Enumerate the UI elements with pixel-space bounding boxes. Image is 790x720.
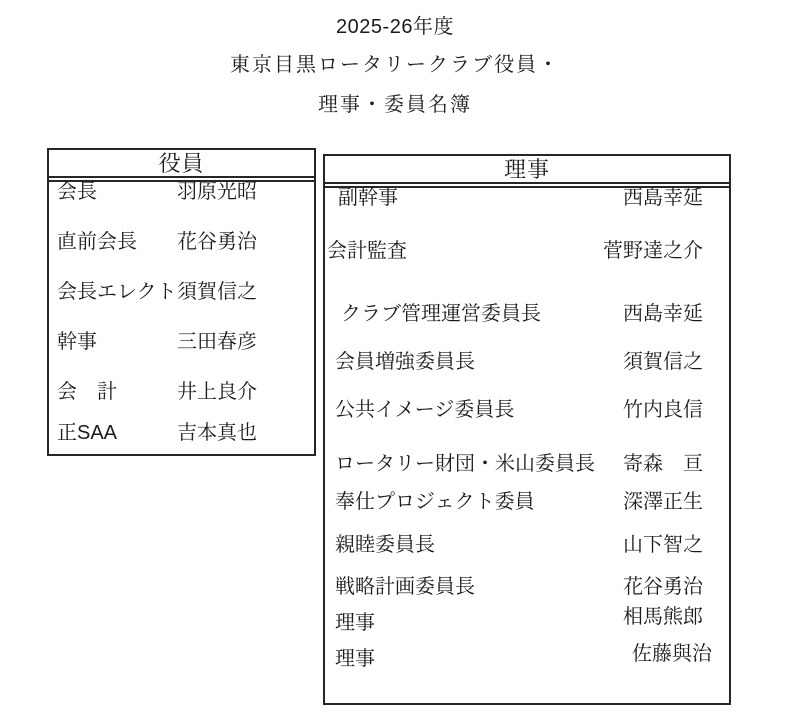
officer-row: 直前会長 花谷勇治	[49, 229, 314, 255]
role-label: 戦略計画委員長	[335, 574, 475, 600]
roster-document-page: 2025-26年度 東京目黒ロータリークラブ役員・ 理事・委員名簿 役員 会長 …	[0, 0, 790, 720]
member-name: 相馬熊郎	[623, 604, 703, 630]
officers-table: 役員 会長 羽原光昭 直前会長 花谷勇治 会長エレクト 須賀信之 幹事 三田春彦…	[47, 148, 316, 456]
member-name: 花谷勇治	[177, 229, 257, 255]
role-label: クラブ管理運営委員長	[341, 301, 541, 327]
directors-table-header: 理事	[325, 156, 729, 184]
role-label: 正SAA	[57, 420, 177, 446]
director-row: ロータリー財団・米山委員長 寄森 亘	[325, 451, 729, 477]
member-name: 須賀信之	[177, 279, 257, 305]
title-club-name: 東京目黒ロータリークラブ役員・	[0, 52, 790, 78]
director-row: 戦略計画委員長 花谷勇治	[325, 574, 729, 600]
role-label: 会長	[57, 179, 177, 205]
role-label: 会長エレクト	[57, 279, 177, 305]
role-label: 会 計	[57, 379, 177, 405]
role-label: 直前会長	[57, 229, 177, 255]
directors-table: 理事 副幹事 西島幸延 会計監査 菅野達之介 クラブ管理運営委員長 西島幸延 会…	[323, 154, 731, 705]
director-row: 親睦委員長 山下智之	[325, 532, 729, 558]
director-row: 理事 相馬熊郎	[325, 610, 729, 636]
role-label: 理事	[335, 610, 375, 636]
director-row: 公共イメージ委員長 竹内良信	[325, 397, 729, 423]
member-name: 竹内良信	[623, 397, 703, 423]
role-label: 幹事	[57, 329, 177, 355]
officers-table-body: 会長 羽原光昭 直前会長 花谷勇治 会長エレクト 須賀信之 幹事 三田春彦 会 …	[49, 180, 314, 446]
officer-row: 幹事 三田春彦	[49, 329, 314, 355]
title-roster-label: 理事・委員名簿	[0, 92, 790, 118]
officer-row: 会 計 井上良介	[49, 379, 314, 405]
member-name: 菅野達之介	[603, 238, 703, 264]
document-title-block: 2025-26年度 東京目黒ロータリークラブ役員・ 理事・委員名簿	[0, 0, 790, 118]
director-row: 会計監査 菅野達之介	[325, 238, 729, 264]
member-name: 吉本真也	[177, 420, 257, 446]
member-name: 山下智之	[623, 532, 703, 558]
member-name: 井上良介	[177, 379, 257, 405]
officer-row: 会長 羽原光昭	[49, 179, 314, 205]
officer-row: 正SAA 吉本真也	[49, 420, 314, 446]
title-fiscal-year: 2025-26年度	[0, 14, 790, 40]
member-name: 寄森 亘	[623, 451, 703, 477]
directors-table-body: 副幹事 西島幸延 会計監査 菅野達之介 クラブ管理運営委員長 西島幸延 会員増強…	[325, 186, 729, 672]
role-label: 親睦委員長	[335, 532, 435, 558]
member-name: 羽原光昭	[177, 179, 257, 205]
member-name: 三田春彦	[177, 329, 257, 355]
member-name: 深澤正生	[623, 489, 703, 515]
director-row: 会員増強委員長 須賀信之	[325, 349, 729, 375]
member-name: 西島幸延	[623, 185, 703, 211]
role-label: 公共イメージ委員長	[335, 397, 514, 423]
role-label: 副幹事	[338, 185, 398, 211]
director-row: 理事 佐藤與治	[325, 646, 729, 672]
role-label: 奉仕プロジェクト委員	[335, 489, 535, 515]
member-name: 西島幸延	[623, 301, 703, 327]
role-label: ロータリー財団・米山委員長	[335, 451, 595, 477]
role-label: 理事	[335, 646, 375, 672]
member-name: 佐藤與治	[632, 641, 712, 667]
officers-table-header: 役員	[49, 150, 314, 178]
director-row: クラブ管理運営委員長 西島幸延	[325, 301, 729, 327]
role-label: 会員増強委員長	[335, 349, 475, 375]
director-row: 副幹事 西島幸延	[325, 185, 729, 211]
member-name: 須賀信之	[623, 349, 703, 375]
officer-row: 会長エレクト 須賀信之	[49, 279, 314, 305]
member-name: 花谷勇治	[623, 574, 703, 600]
director-row: 奉仕プロジェクト委員 深澤正生	[325, 489, 729, 515]
role-label: 会計監査	[327, 238, 407, 264]
